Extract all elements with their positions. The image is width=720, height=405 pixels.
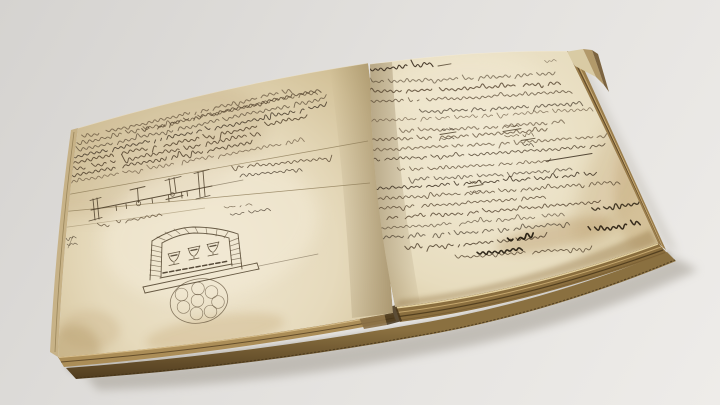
notebook-photograph: An old notebook lies open at an angle on… xyxy=(0,0,720,405)
photo-stage: An old notebook lies open at an angle on… xyxy=(0,0,720,405)
